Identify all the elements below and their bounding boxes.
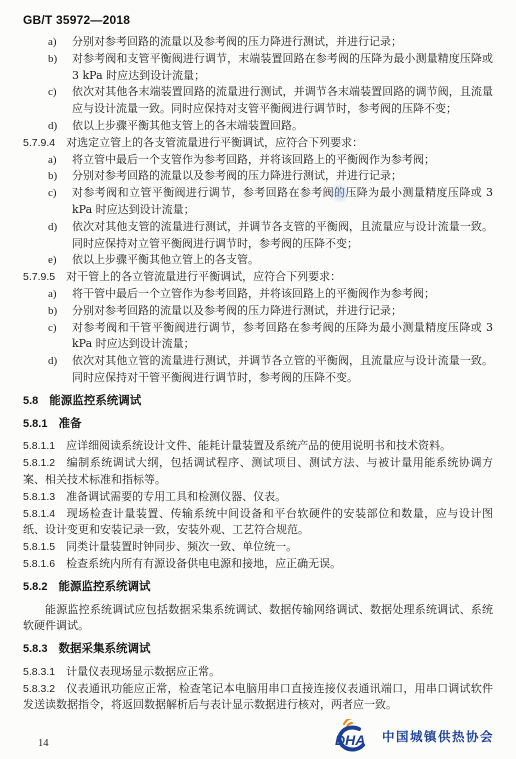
list-item-label: a) bbox=[48, 152, 57, 169]
list-item-text: 分别对参考回路的流量以及参考阀的压力降进行测试，并进行记录； bbox=[72, 304, 402, 317]
clause-paragraph: 5.8.1.6检查系统内所有有源设备供电电源和接地，应正确无误。 bbox=[23, 556, 493, 573]
association-name: 中国城镇供热协会 bbox=[382, 727, 494, 745]
heading-text: 能源监控系统调试 bbox=[49, 395, 141, 407]
list-item: b)分别对参考回路的流量以及参考阀的压力降进行测试，并进行记录； bbox=[23, 303, 493, 320]
clause-paragraph: 5.7.9.4对选定立管上的各支管流量进行平衡调试，应符合下列要求： bbox=[23, 135, 493, 152]
clause-paragraph: 5.8.3.2仪表通讯功能应正常，检查笔记本电脑用串口直接连接仪表通讯端口，用串… bbox=[23, 681, 493, 715]
list-item: c)依次对其他各末端装置回路的流量进行测试，并调节各末端装置回路的调节阀，且流量… bbox=[23, 84, 493, 118]
list-item-text: 依以上步骤平衡其他支管上的各末端装置回路。 bbox=[72, 119, 303, 132]
list-item-label: b) bbox=[48, 168, 57, 185]
list-item: a)分别对参考回路的流量以及参考阀的压力降进行测试，并进行记录； bbox=[23, 34, 493, 51]
list-item: d)依次对其他立管的流量进行测试，并调节各立管的平衡阀，且流量应与设计流量一致。… bbox=[23, 353, 493, 387]
clause-paragraph: 5.8.1.1应详细阅读系统设计文件、能耗计量装置及系统产品的使用说明书和技术资… bbox=[23, 438, 493, 455]
list-item: d)依次对其他支管的流量进行测试，并调节各支管的平衡阀，且流量应与设计流量一致。… bbox=[23, 219, 493, 253]
heading-number: 5.8.3 bbox=[23, 643, 47, 655]
clause-paragraph: 5.8.1.4现场检查计量装置、传输系统中间设备和平台软硬件的安装部位和数量，应… bbox=[23, 506, 493, 540]
clause-text: 对选定立管上的各支管流量进行平衡调试，应符合下列要求： bbox=[66, 136, 363, 149]
clause-number: 5.8.1.5 bbox=[23, 541, 55, 553]
page-number: 14 bbox=[38, 738, 49, 749]
heading-number: 5.8 bbox=[23, 395, 38, 407]
list-item: a)将干管中最后一个立管作为参考回路，并将该回路上的平衡阀作为参考阀； bbox=[23, 286, 493, 303]
document-page: GB/T 35972—2018 a)分别对参考回路的流量以及参考阀的压力降进行测… bbox=[0, 0, 516, 759]
clause-number: 5.8.1.2 bbox=[23, 457, 55, 469]
clause-number: 5.8.1.6 bbox=[23, 558, 55, 570]
section-heading: 5.8.1准备 bbox=[23, 416, 493, 433]
list-item-text: 对参考阀和支管平衡阀进行调节，末端装置回路在参考阀的压降为最小测量精度压降或 3… bbox=[72, 52, 493, 82]
clause-number: 5.7.9.4 bbox=[23, 137, 55, 149]
list-item-text: 将立管中最后一个支管作为参考回路，并将该回路上的平衡阀作为参考阀； bbox=[72, 153, 435, 166]
list-item-label: a) bbox=[48, 286, 57, 303]
heading-number: 5.8.2 bbox=[23, 581, 47, 593]
cdha-logo-icon: DHA bbox=[325, 719, 377, 753]
heading-text: 准备 bbox=[58, 418, 81, 430]
standard-number-header: GB/T 35972—2018 bbox=[23, 13, 130, 27]
list-item-label: c) bbox=[48, 84, 57, 101]
section-heading: 5.8能源监控系统调试 bbox=[23, 393, 493, 410]
clause-text: 现场检查计量装置、传输系统中间设备和平台软硬件的安装部位和数量，应与设计图纸、设… bbox=[23, 507, 493, 537]
clause-paragraph: 5.8.1.3准备调试需要的专用工具和检测仪器、仪表。 bbox=[23, 489, 493, 506]
list-item: c)对参考阀和立管平衡阀进行调节，参考回路在参考阀的压降为最小测量精度压降或 3… bbox=[23, 185, 493, 219]
document-body: a)分别对参考回路的流量以及参考阀的压力降进行测试，并进行记录；b)对参考阀和支… bbox=[23, 34, 493, 714]
list-item-label: d) bbox=[48, 219, 57, 236]
list-item-label: c) bbox=[48, 185, 57, 202]
clause-text: 检查系统内所有有源设备供电电源和接地，应正确无误。 bbox=[66, 557, 341, 570]
list-item-text: 对参考阀和干管平衡阀进行调节，参考回路在参考阀的压降为最小测量精度压降或 3 k… bbox=[72, 321, 493, 351]
list-item-label: b) bbox=[48, 51, 57, 68]
list-item-text: 将干管中最后一个立管作为参考回路，并将该回路上的平衡阀作为参考阀； bbox=[72, 287, 435, 300]
list-item-text: 依以上步骤平衡其他立管上的各支管。 bbox=[72, 253, 259, 266]
clause-paragraph: 5.8.1.5同类计量装置时钟同步、频次一致、单位统一。 bbox=[23, 539, 493, 556]
list-item-text: 分别对参考回路的流量以及参考阀的压力降进行测试，并进行记录； bbox=[72, 35, 402, 48]
list-item-label: c) bbox=[48, 320, 57, 337]
body-paragraph: 能源监控系统调试应包括数据采集系统调试、数据传输网络调试、数据处理系统调试、系统… bbox=[23, 602, 493, 636]
clause-text: 同类计量装置时钟同步、频次一致、单位统一。 bbox=[66, 540, 297, 553]
list-item: d)依以上步骤平衡其他支管上的各末端装置回路。 bbox=[23, 118, 493, 135]
list-item: e)依以上步骤平衡其他立管上的各支管。 bbox=[23, 252, 493, 269]
list-item-label: a) bbox=[48, 34, 57, 51]
clause-text: 编制系统调试大纲，包括调试程序、测试项目、测试方法、与被计量用能系统协调方案、相… bbox=[23, 456, 493, 486]
section-heading: 5.8.2能源监控系统调试 bbox=[23, 579, 493, 596]
clause-paragraph: 5.7.9.5对干管上的各立管流量进行平衡调试，应符合下列要求： bbox=[23, 269, 493, 286]
clause-paragraph: 5.8.3.1计量仪表现场显示数据应正常。 bbox=[23, 664, 493, 681]
clause-number: 5.8.3.1 bbox=[23, 666, 55, 678]
list-item-label: d) bbox=[48, 118, 57, 135]
list-item-label: d) bbox=[48, 353, 57, 370]
clause-text: 仪表通讯功能应正常，检查笔记本电脑用串口直接连接仪表通讯端口，用串口调试软件发送… bbox=[23, 682, 493, 712]
clause-number: 5.7.9.5 bbox=[23, 271, 55, 283]
list-item-label: b) bbox=[48, 303, 57, 320]
list-item-label: e) bbox=[48, 252, 57, 269]
heading-text: 数据采集系统调试 bbox=[58, 643, 150, 655]
list-item: b)分别对参考回路的流量以及参考阀的压力降进行测试，并进行记录； bbox=[23, 168, 493, 185]
clause-number: 5.8.3.2 bbox=[23, 683, 55, 695]
heading-text: 能源监控系统调试 bbox=[58, 581, 150, 593]
section-heading: 5.8.3数据采集系统调试 bbox=[23, 641, 493, 658]
clause-text: 对干管上的各立管流量进行平衡调试，应符合下列要求： bbox=[66, 270, 341, 283]
clause-text: 计量仪表现场显示数据应正常。 bbox=[66, 665, 220, 678]
list-item: a)将立管中最后一个支管作为参考回路，并将该回路上的平衡阀作为参考阀； bbox=[23, 152, 493, 169]
logo-abbr-text: DHA bbox=[335, 732, 365, 748]
clause-number: 5.8.1.1 bbox=[23, 440, 55, 452]
clause-number: 5.8.1.4 bbox=[23, 508, 55, 520]
list-item-text: 依次对其他各末端装置回路的流量进行测试，并调节各末端装置回路的调节阀，且流量应与… bbox=[72, 85, 493, 115]
clause-paragraph: 5.8.1.2编制系统调试大纲，包括调试程序、测试项目、测试方法、与被计量用能系… bbox=[23, 455, 493, 489]
list-item-text: 依次对其他支管的流量进行测试，并调节各支管的平衡阀，且流量应与设计流量一致。同时… bbox=[72, 220, 493, 250]
clause-number: 5.8.1.3 bbox=[23, 491, 55, 503]
list-item-text: 依次对其他立管的流量进行测试，并调节各立管的平衡阀，且流量应与设计流量一致。同时… bbox=[72, 354, 493, 384]
clause-text: 应详细阅读系统设计文件、能耗计量装置及系统产品的使用说明书和技术资料。 bbox=[66, 439, 451, 452]
clause-text: 准备调试需要的专用工具和检测仪器、仪表。 bbox=[66, 490, 286, 503]
heading-number: 5.8.1 bbox=[23, 418, 47, 430]
list-item: b)对参考阀和支管平衡阀进行调节，末端装置回路在参考阀的压降为最小测量精度压降或… bbox=[23, 51, 493, 85]
list-item: c)对参考阀和干管平衡阀进行调节，参考回路在参考阀的压降为最小测量精度压降或 3… bbox=[23, 320, 493, 354]
list-item-text: 对参考阀和立管平衡阀进行调节，参考回路在参考阀的压降为最小测量精度压降或 3 k… bbox=[72, 186, 493, 216]
list-item-text: 分别对参考回路的流量以及参考阀的压力降进行测试，并进行记录； bbox=[72, 169, 402, 182]
association-logo: DHA 中国城镇供热协会 bbox=[325, 719, 494, 753]
